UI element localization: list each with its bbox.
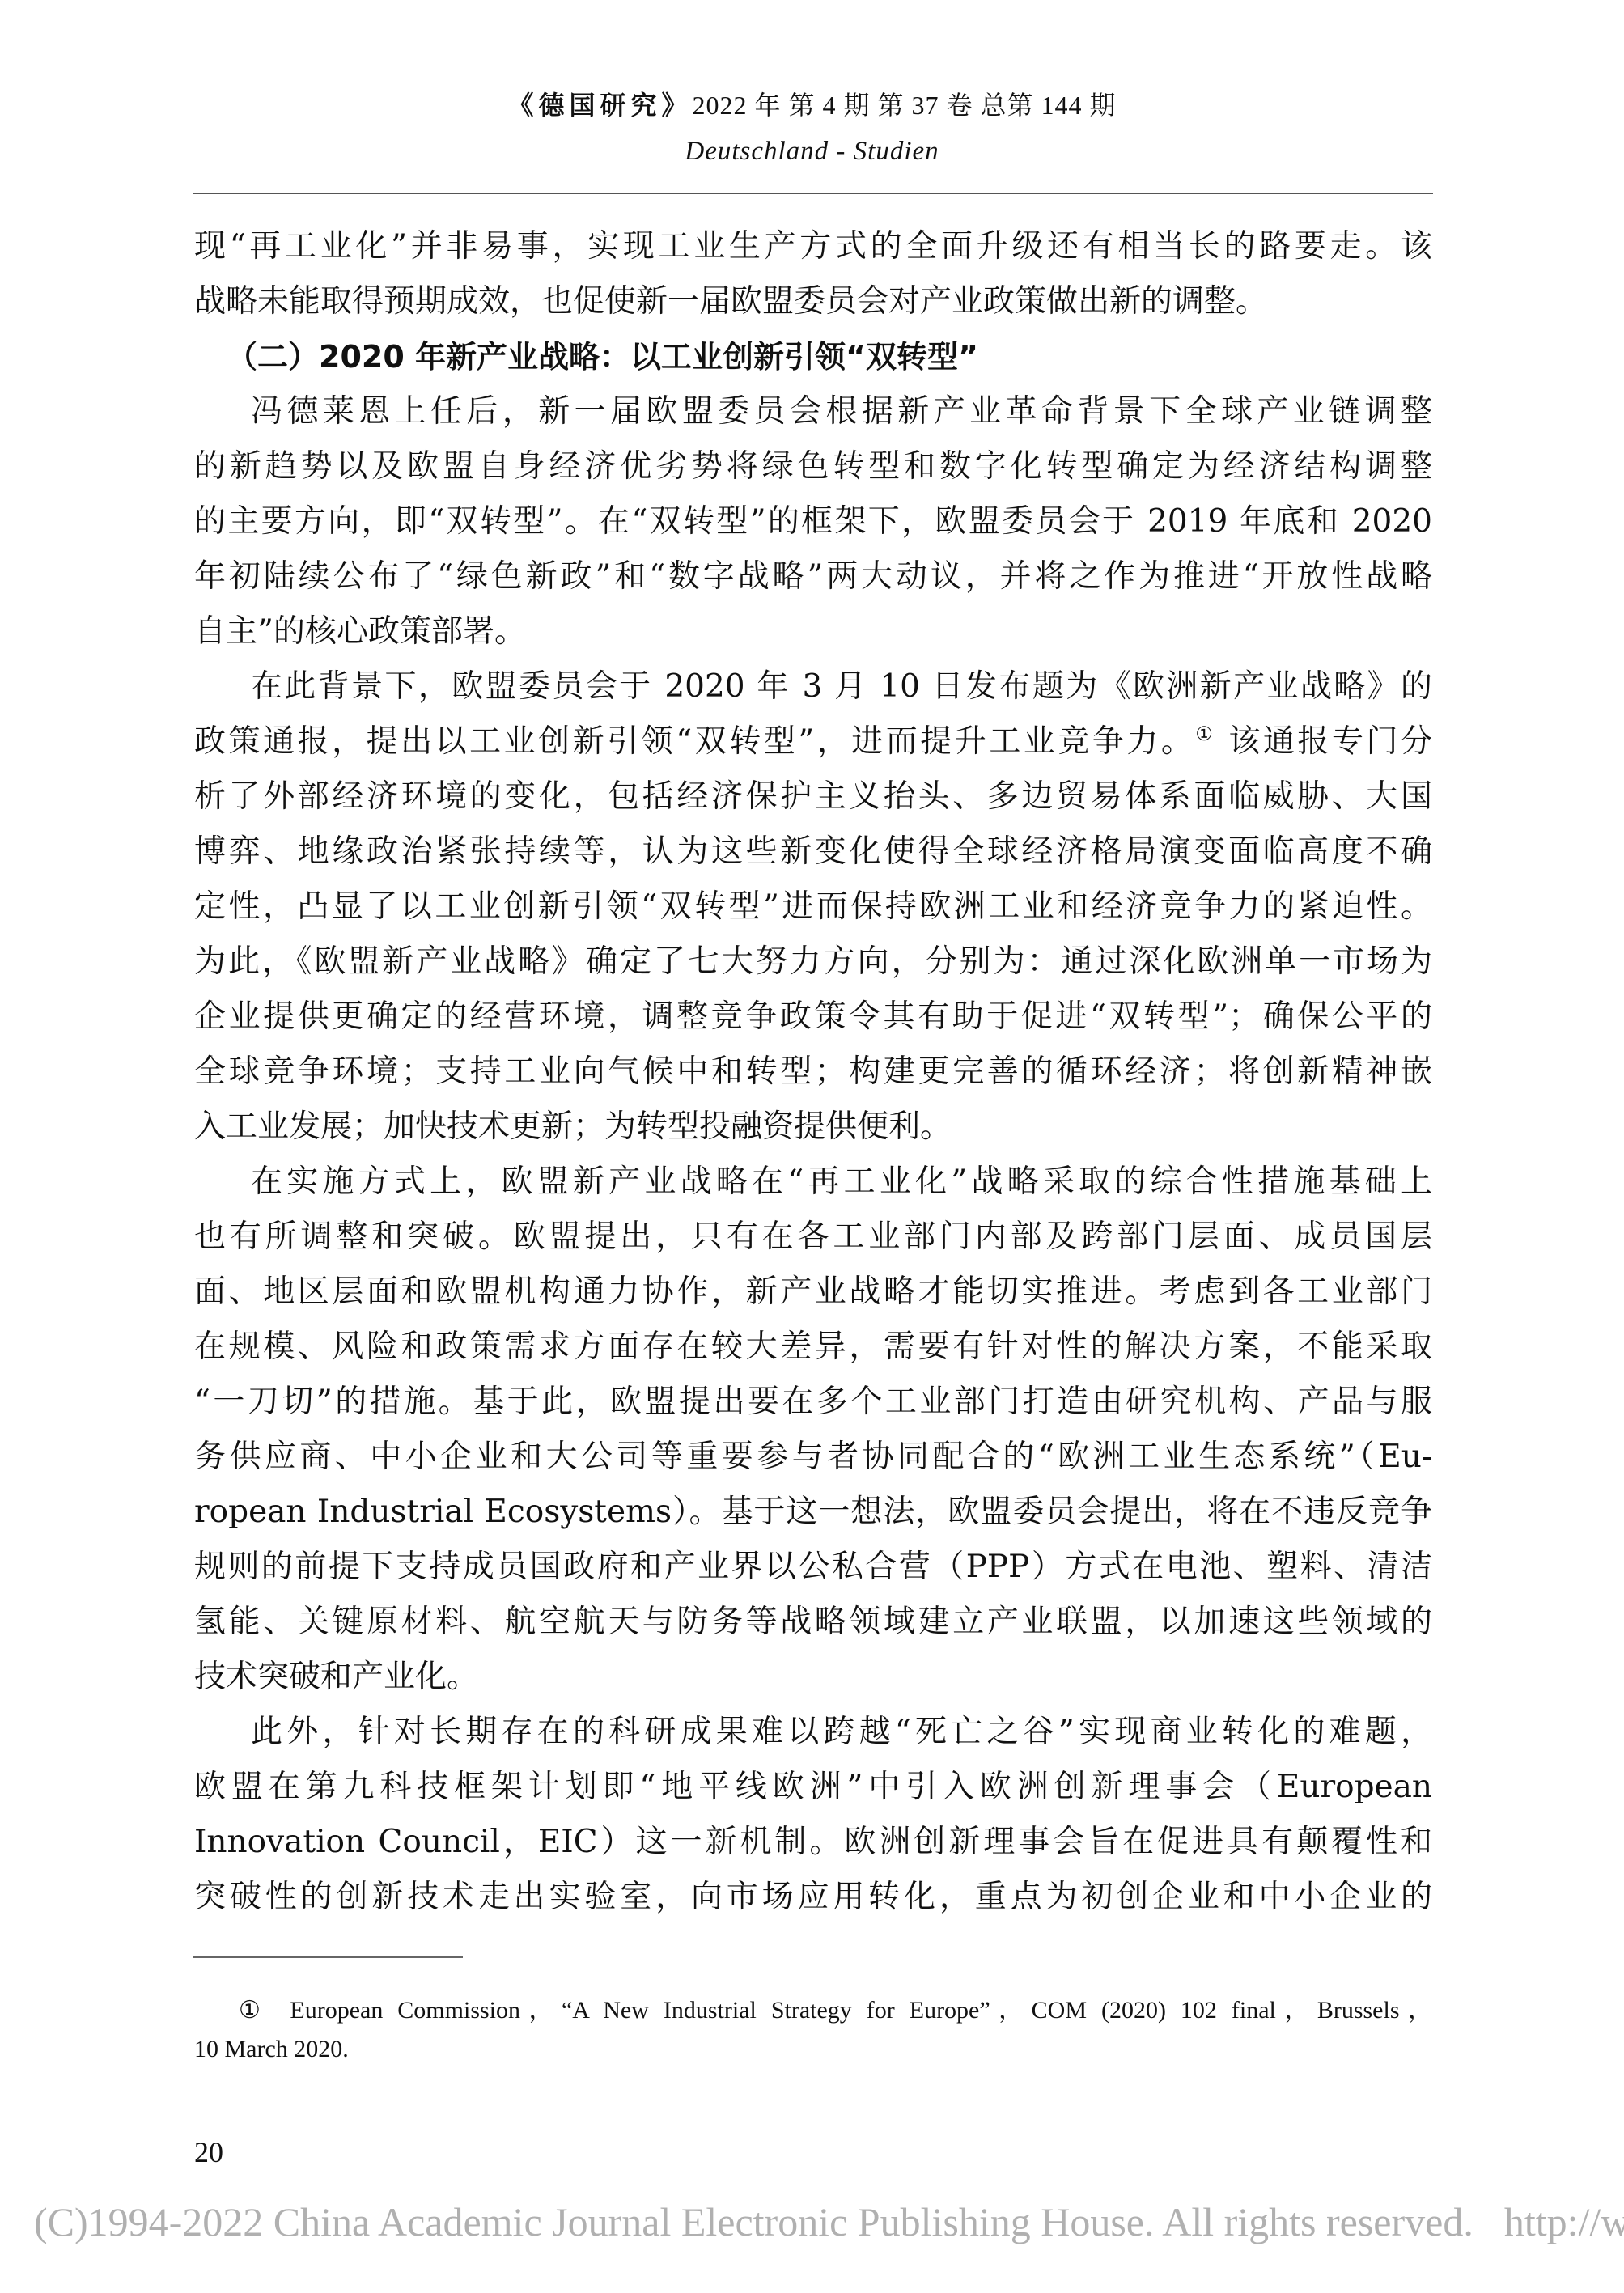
body-line-with-footnote: 政策通报，提出以工业创新引领“双转型”，进而提升工业竞争力。① 该通报专门分 bbox=[194, 722, 1432, 762]
body-line: 欧盟在第九科技框架计划即“地平线欧洲”中引入欧洲创新理事会（European bbox=[194, 1767, 1432, 1808]
body-line: 氢能、关键原材料、航空航天与防务等战略领域建立产业联盟，以加速这些领域的 bbox=[194, 1602, 1432, 1642]
body-line: 析了外部经济环境的变化，包括经济保护主义抬头、多边贸易体系面临威胁、大国 bbox=[194, 777, 1432, 817]
running-header: 《德国研究》2022 年 第 4 期 第 37 卷 总第 144 期 bbox=[0, 89, 1624, 121]
body-line: 年初陆续公布了“绿色新政”和“数字战略”两大动议，并将之作为推进“开放性战略 bbox=[194, 557, 1432, 597]
page-number: 20 bbox=[194, 2136, 223, 2168]
copyright-text: (C)1994-2022 China Academic Journal Elec… bbox=[34, 2199, 1473, 2244]
footnote-marker: ① bbox=[239, 1997, 269, 2024]
body-line: 全球竞争环境；支持工业向气候中和转型；构建更完善的循环经济；将创新精神嵌 bbox=[194, 1052, 1432, 1092]
watermark-url[interactable]: http://www.cnki.net bbox=[1504, 2199, 1624, 2244]
body-line: 面、地区层面和欧盟机构通力协作，新产业战略才能切实推进。考虑到各工业部门 bbox=[194, 1272, 1432, 1312]
body-line: 企业提供更确定的经营环境，调整竞争政策令其有助于促进“双转型”；确保公平的 bbox=[194, 997, 1432, 1037]
body-line: 入工业发展；加快技术更新；为转型投融资提供便利。 bbox=[194, 1107, 1432, 1147]
footnote-continuation: 10 March 2020. bbox=[194, 2033, 1432, 2066]
body-line: 的主要方向，即“双转型”。在“双转型”的框架下，欧盟委员会于 2019 年底和 … bbox=[194, 502, 1432, 542]
footnote-text: European Commission，“A New Industrial St… bbox=[290, 1997, 1432, 2024]
header-divider bbox=[193, 193, 1433, 194]
body-text: 政策通报，提出以工业创新引领“双转型”，进而提升工业竞争力。 bbox=[194, 723, 1195, 760]
footnote-divider bbox=[193, 1956, 463, 1958]
section-heading: （二）2020 年新产业战略：以工业创新引领“双转型” bbox=[227, 337, 978, 377]
copyright-watermark: (C)1994-2022 China Academic Journal Elec… bbox=[34, 2198, 1624, 2246]
body-line: 务供应商、中小企业和大公司等重要参与者协同配合的“欧洲工业生态系统”（Eu- bbox=[194, 1437, 1432, 1477]
paragraph-start: 在实施方式上，欧盟新产业战略在“再工业化”战略采取的综合性措施基础上 bbox=[251, 1162, 1432, 1202]
journal-page: 《德国研究》2022 年 第 4 期 第 37 卷 总第 144 期 Deuts… bbox=[0, 0, 1624, 2293]
body-line: 战略未能取得预期成效，也促使新一届欧盟委员会对产业政策做出新的调整。 bbox=[194, 282, 1432, 322]
body-line: 博弈、地缘政治紧张持续等，认为这些新变化使得全球经济格局演变面临高度不确 bbox=[194, 832, 1432, 872]
journal-name: 《德国研究》 bbox=[507, 91, 692, 120]
footnote-reference[interactable]: ① bbox=[1195, 723, 1215, 745]
footnote-entry: ①European Commission，“A New Industrial S… bbox=[239, 1994, 1432, 2027]
body-line: ropean Industrial Ecosystems）。基于这一想法，欧盟委… bbox=[194, 1492, 1432, 1532]
journal-subtitle: Deutschland - Studien bbox=[0, 135, 1624, 167]
body-line: 的新趋势以及欧盟自身经济优劣势将绿色转型和数字化转型确定为经济结构调整 bbox=[194, 447, 1432, 487]
body-line: 突破性的创新技术走出实验室，向市场应用转化，重点为初创企业和中小企业的 bbox=[194, 1877, 1432, 1918]
body-text: 该通报专门分 bbox=[1228, 723, 1432, 760]
body-line: “一刀切”的措施。基于此，欧盟提出要在多个工业部门打造由研究机构、产品与服 bbox=[194, 1382, 1432, 1422]
paragraph-start: 在此背景下，欧盟委员会于 2020 年 3 月 10 日发布题为《欧洲新产业战略… bbox=[251, 667, 1432, 707]
body-line: 为此，《欧盟新产业战略》确定了七大努力方向，分别为：通过深化欧洲单一市场为 bbox=[194, 942, 1432, 982]
body-line: 定性，凸显了以工业创新引领“双转型”进而保持欧洲工业和经济竞争力的紧迫性。 bbox=[194, 887, 1432, 927]
body-line: 在规模、风险和政策需求方面存在较大差异，需要有针对性的解决方案，不能采取 bbox=[194, 1327, 1432, 1367]
body-line: 自主”的核心政策部署。 bbox=[194, 612, 1432, 652]
body-line: 现“再工业化”并非易事，实现工业生产方式的全面升级还有相当长的路要走。该 bbox=[194, 227, 1432, 267]
issue-info: 2022 年 第 4 期 第 37 卷 总第 144 期 bbox=[693, 91, 1117, 120]
paragraph-start: 冯德莱恩上任后，新一届欧盟委员会根据新产业革命背景下全球产业链调整 bbox=[251, 392, 1432, 432]
body-line: 也有所调整和突破。欧盟提出，只有在各工业部门内部及跨部门层面、成员国层 bbox=[194, 1217, 1432, 1257]
paragraph-start: 此外，针对长期存在的科研成果难以跨越“死亡之谷”实现商业转化的难题， bbox=[251, 1712, 1432, 1753]
body-line: 规则的前提下支持成员国政府和产业界以公私合营（PPP）方式在电池、塑料、清洁 bbox=[194, 1547, 1432, 1587]
body-line: 技术突破和产业化。 bbox=[194, 1657, 1432, 1697]
body-line: Innovation Council，EIC）这一新机制。欧洲创新理事会旨在促进… bbox=[194, 1822, 1432, 1863]
